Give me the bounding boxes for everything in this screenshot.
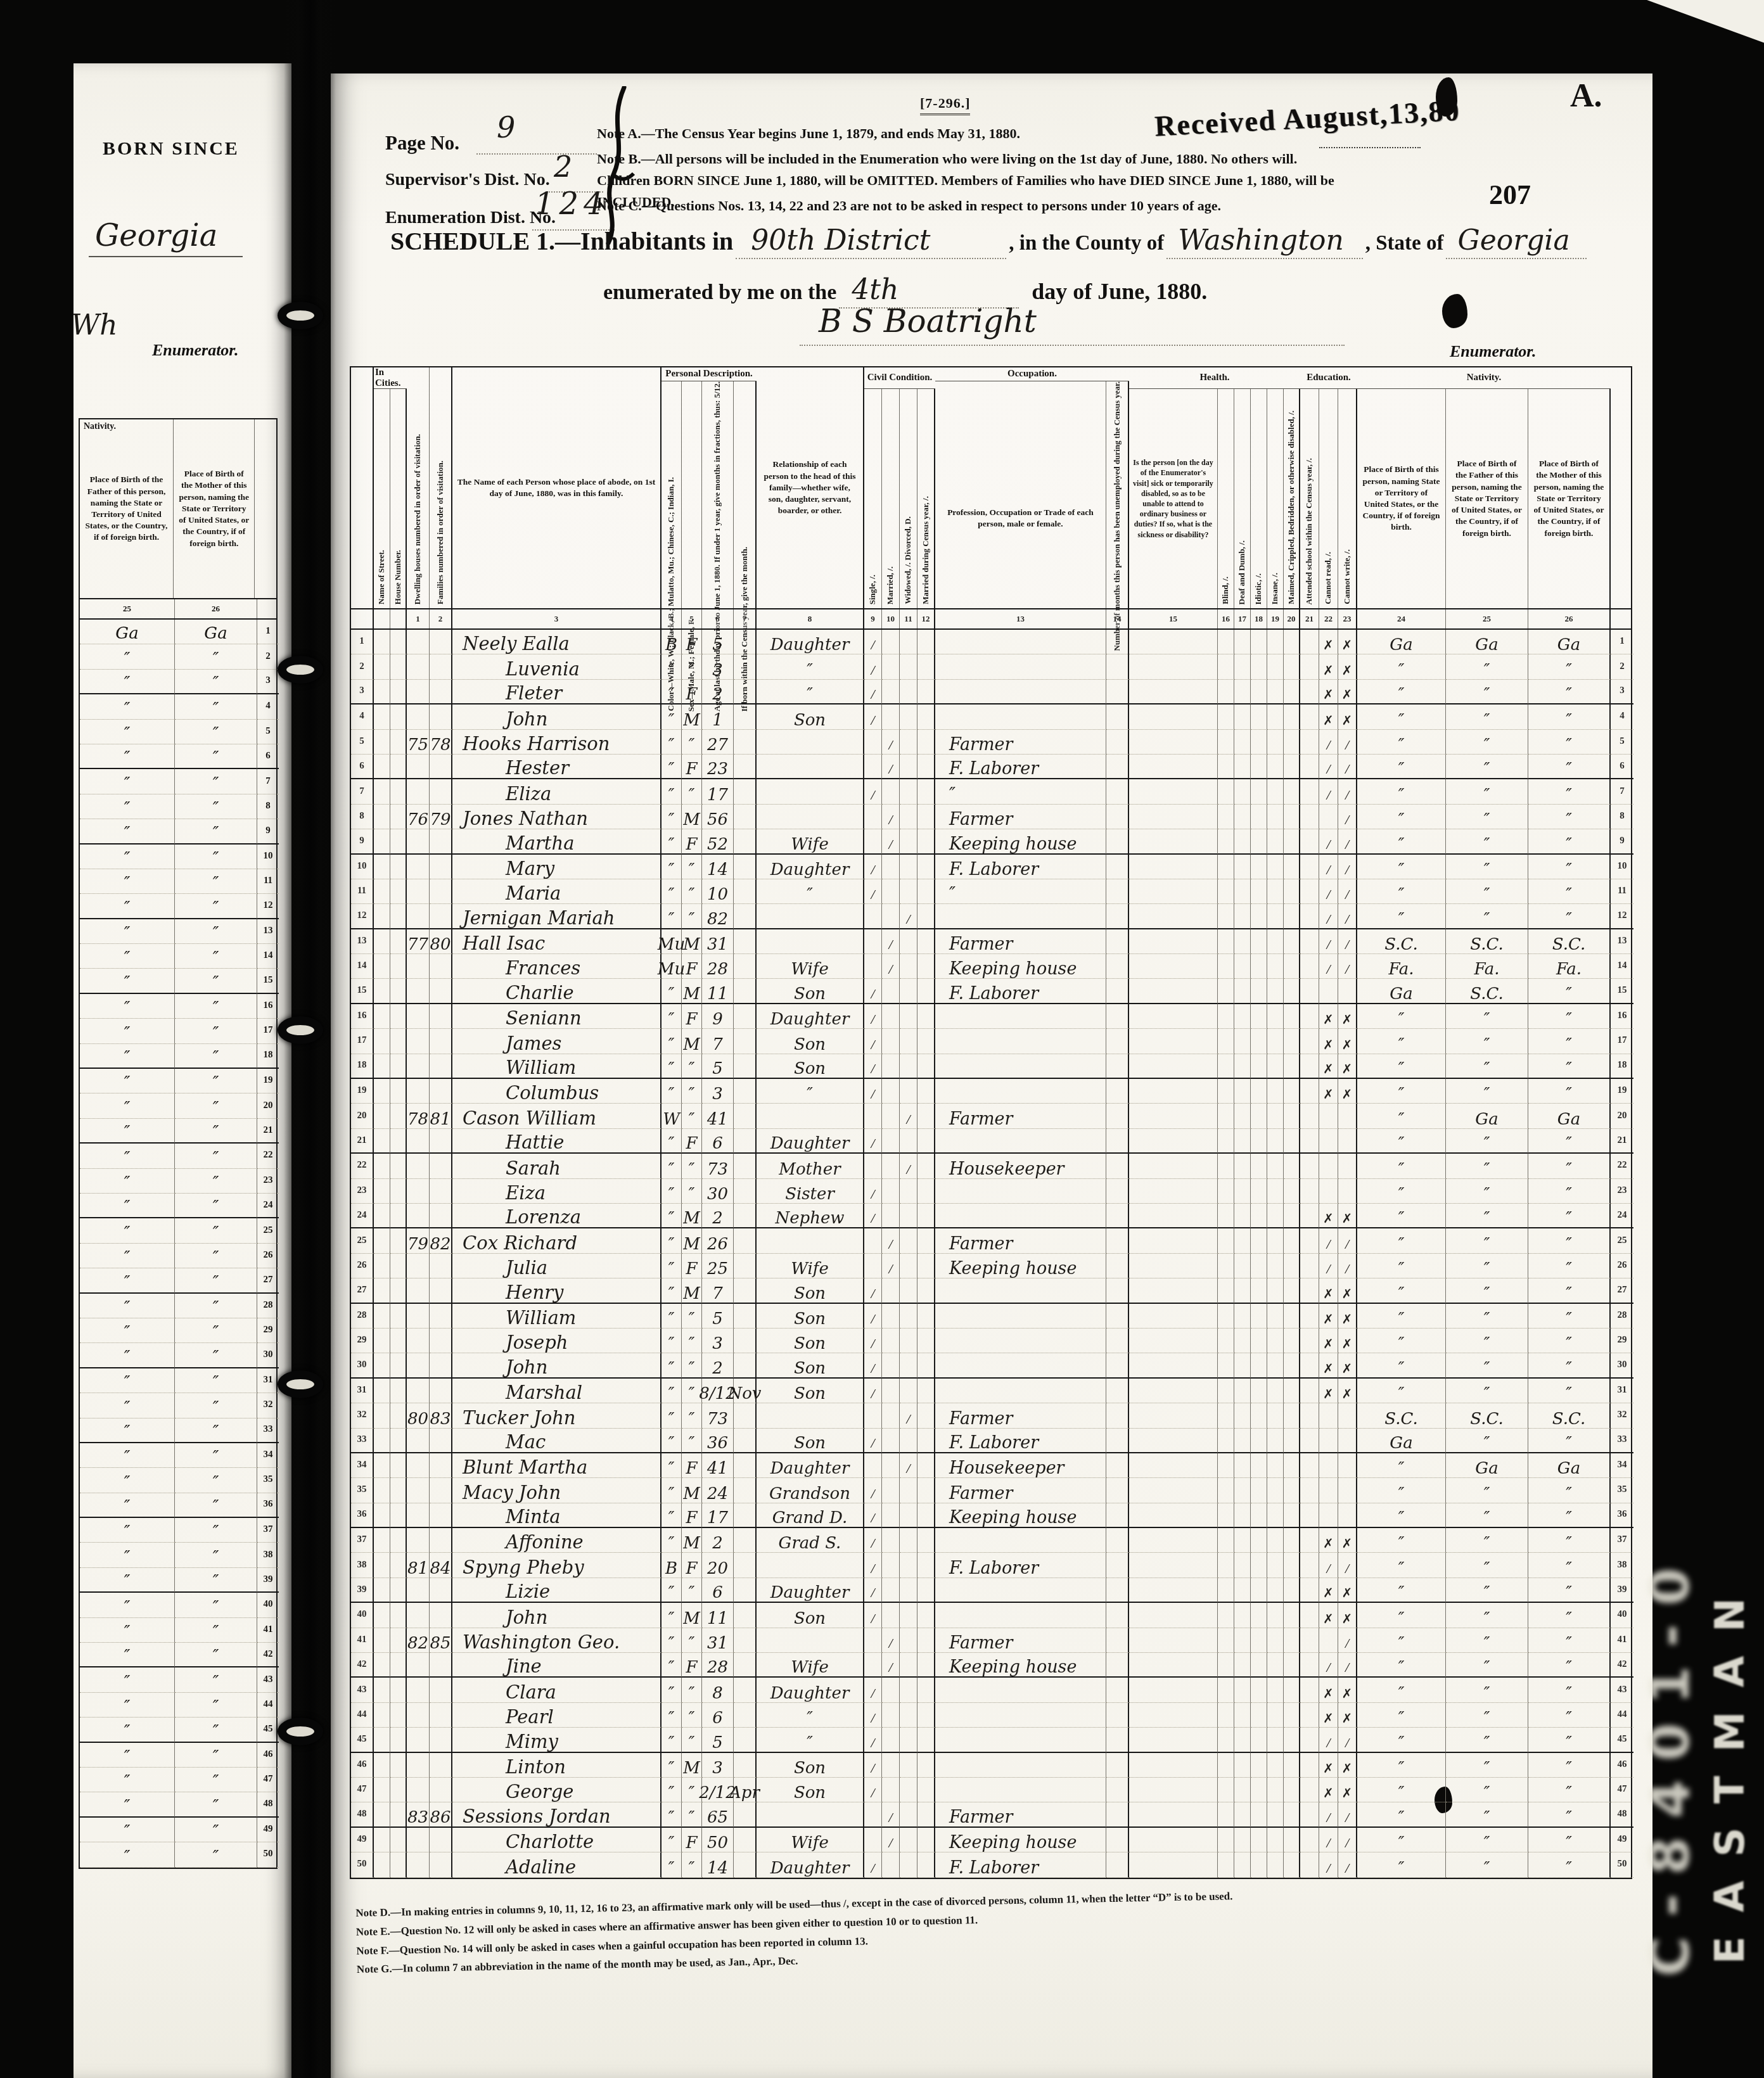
cell-c18 — [1251, 1553, 1267, 1578]
cell-c22: ✗ — [1319, 1778, 1338, 1802]
column-header-c21: Attended school within the Census year, … — [1300, 389, 1319, 608]
cell-mb: ″ — [175, 744, 257, 769]
cell-street — [374, 1004, 390, 1029]
cell-c9 — [864, 1628, 882, 1653]
county-value: Washington — [1166, 224, 1363, 259]
cell-mo — [734, 1079, 757, 1104]
column-header-lnum — [351, 367, 374, 608]
cell-c21 — [1300, 1429, 1319, 1453]
cell-fb: ″ — [80, 644, 175, 669]
cell-mb: ″ — [175, 1443, 257, 1468]
cell-name: Minta — [452, 1503, 661, 1528]
cell-rel: Son — [757, 979, 864, 1004]
cell-c19 — [1267, 829, 1284, 854]
cell-mb: ″ — [175, 1244, 257, 1268]
cell-c23: ✗ — [1338, 1204, 1357, 1228]
cell-street — [374, 1628, 390, 1653]
cell-c16 — [1218, 1278, 1234, 1303]
cell-fb: ″ — [1446, 1852, 1528, 1877]
cell-mb: ″ — [1528, 1653, 1611, 1678]
cell-house — [390, 1329, 407, 1353]
cell-lnum: 21 — [351, 1129, 374, 1154]
cell-name: Eliza — [452, 779, 661, 804]
cell-fb: S.C. — [1446, 979, 1528, 1004]
cell-mb: ″ — [175, 1144, 257, 1168]
cell-c21 — [1300, 1703, 1319, 1728]
cell-house — [390, 1429, 407, 1453]
cell-age: 82 — [702, 904, 734, 929]
enumerated-label: enumerated by me on the — [603, 281, 836, 304]
cell-c23: / — [1338, 879, 1357, 904]
col-number: 11 — [900, 609, 917, 628]
cell-mo — [734, 1329, 757, 1353]
cell-rel: Wife — [757, 1828, 864, 1852]
cell-street — [374, 1778, 390, 1802]
cell-fb: ″ — [80, 744, 175, 769]
cell-c21 — [1300, 1004, 1319, 1029]
cell-color: ″ — [661, 680, 682, 704]
cell-house — [390, 1852, 407, 1877]
column-header-text: Single, /. — [868, 575, 877, 604]
cell-c18 — [1251, 1004, 1267, 1029]
cell-c11 — [900, 1228, 917, 1253]
cell-mb: ″ — [1528, 1778, 1611, 1802]
col-number: 21 — [1300, 609, 1319, 628]
cell-c23: ✗ — [1338, 1753, 1357, 1778]
cell-house — [390, 1054, 407, 1079]
cell-c19 — [1267, 1179, 1284, 1204]
cell-lnum: 42 — [351, 1653, 374, 1678]
cell-pb: ″ — [1357, 1278, 1446, 1303]
cell-color: ″ — [661, 1653, 682, 1678]
cell-mb: ″ — [1528, 1154, 1611, 1178]
cell-mb: ″ — [1528, 1753, 1611, 1778]
cell-fb: ″ — [1446, 1054, 1528, 1079]
cell-c16 — [1218, 1728, 1234, 1752]
cell-occ — [935, 680, 1106, 704]
cell-mb: ″ — [175, 1518, 257, 1543]
cell-pb: ″ — [1357, 1553, 1446, 1578]
cell-mb: ″ — [175, 1718, 257, 1742]
cell-sex: ″ — [682, 1628, 702, 1653]
cell-pb: ″ — [1357, 1478, 1446, 1503]
cell-c18 — [1251, 1578, 1267, 1603]
cell-age: 6 — [702, 1129, 734, 1154]
cell-c18 — [1251, 1753, 1267, 1778]
cell-sick — [1129, 1478, 1218, 1503]
cell-mo — [734, 1628, 757, 1653]
cell-fb: S.C. — [1446, 929, 1528, 954]
cell-c23: ✗ — [1338, 654, 1357, 679]
cell-c22: ✗ — [1319, 654, 1338, 679]
cell-c18 — [1251, 680, 1267, 704]
cell-c12 — [917, 1254, 935, 1278]
cell-c16 — [1218, 1154, 1234, 1178]
cell-mb: Ga — [1528, 630, 1611, 654]
cell-unemp — [1106, 1553, 1129, 1578]
cell-mb: ″ — [1528, 1353, 1611, 1378]
cell-rnum: 41 — [1611, 1628, 1633, 1653]
cell-age: 41 — [702, 1453, 734, 1478]
cell-house — [390, 1503, 407, 1528]
cell-c21 — [1300, 779, 1319, 804]
cell-c11 — [900, 730, 917, 755]
cell-unemp — [1106, 680, 1129, 704]
cell-lnum: 46 — [351, 1753, 374, 1778]
column-header-fb: Place of Birth of the Father of this per… — [1446, 389, 1528, 608]
cell-c10 — [882, 1778, 900, 1802]
cell-street — [374, 654, 390, 679]
cell-mo — [734, 1528, 757, 1553]
cell-c17 — [1234, 1553, 1251, 1578]
cell-c12 — [917, 1353, 935, 1378]
cell-c20 — [1284, 1254, 1300, 1278]
cell-occ: Keeping house — [935, 954, 1106, 979]
cell-name: Jernigan Mariah — [452, 904, 661, 929]
cell-occ: ″ — [935, 779, 1106, 804]
cell-c10 — [882, 1453, 900, 1478]
cell-c12 — [917, 1179, 935, 1204]
cell-c19 — [1267, 1254, 1284, 1278]
cell-c9: / — [864, 1179, 882, 1204]
cell-c17 — [1234, 1653, 1251, 1678]
cell-c20 — [1284, 1304, 1300, 1329]
cell-c22 — [1319, 1403, 1338, 1428]
column-header-text: The Name of each Person whose place of a… — [452, 473, 660, 503]
cell-mo — [734, 929, 757, 954]
cell-dwell: 83 — [407, 1802, 430, 1827]
cell-c11 — [900, 1353, 917, 1378]
col-number — [351, 609, 374, 628]
cell-mb: ″ — [175, 1743, 257, 1768]
cell-rownum: 27 — [257, 1268, 279, 1293]
cell-sick — [1129, 1278, 1218, 1303]
cell-mb: ″ — [1528, 904, 1611, 929]
cell-dwell — [407, 979, 430, 1004]
cell-fb: Ga — [1446, 630, 1528, 654]
cell-c17 — [1234, 1179, 1251, 1204]
cell-fam — [430, 1703, 452, 1728]
cell-unemp — [1106, 704, 1129, 729]
cell-c17 — [1234, 1154, 1251, 1178]
cell-c22: / — [1319, 879, 1338, 904]
cell-mo: Nov — [734, 1379, 757, 1403]
cell-fam — [430, 1379, 452, 1403]
enumerated-line: enumerated by me on the 4th day of June,… — [603, 274, 1207, 306]
cell-name: Neely Ealla — [452, 630, 661, 654]
cell-mo — [734, 680, 757, 704]
cell-dwell: 80 — [407, 1403, 430, 1428]
cell-age: 2 — [702, 680, 734, 704]
cell-fb: ″ — [80, 1318, 175, 1343]
cell-lnum: 47 — [351, 1778, 374, 1802]
cell-lnum: 33 — [351, 1429, 374, 1453]
cell-c21 — [1300, 979, 1319, 1004]
cell-rel: Nephew — [757, 1204, 864, 1228]
cell-c9 — [864, 829, 882, 854]
cell-c21 — [1300, 1678, 1319, 1702]
cell-mo — [734, 855, 757, 879]
cell-c11: / — [900, 1154, 917, 1178]
cell-house — [390, 855, 407, 879]
cell-c11 — [900, 1578, 917, 1603]
cell-color: ″ — [661, 704, 682, 729]
cell-rnum: 31 — [1611, 1379, 1633, 1403]
cell-c19 — [1267, 1104, 1284, 1128]
cell-age: 36 — [702, 1429, 734, 1453]
cell-mb: ″ — [175, 1667, 257, 1692]
cell-mo — [734, 979, 757, 1004]
cell-pb: ″ — [1357, 1528, 1446, 1553]
cell-c18 — [1251, 904, 1267, 929]
cell-color: B — [661, 1553, 682, 1578]
cell-sex: M — [682, 1753, 702, 1778]
cell-mo — [734, 1753, 757, 1778]
cell-house — [390, 1753, 407, 1778]
cell-c19 — [1267, 1154, 1284, 1178]
cell-mb: ″ — [175, 1044, 257, 1069]
cell-c19 — [1267, 704, 1284, 729]
cell-c23: ✗ — [1338, 630, 1357, 654]
cell-c20 — [1284, 1104, 1300, 1128]
cell-c10 — [882, 1852, 900, 1877]
nativity-label-left: Nativity. — [84, 422, 116, 432]
cell-rnum: 46 — [1611, 1753, 1633, 1778]
script-mark: Wh — [71, 309, 118, 341]
cell-mb: ″ — [175, 1218, 257, 1243]
cell-c18 — [1251, 1828, 1267, 1852]
cell-mb: ″ — [1528, 1528, 1611, 1553]
cell-occ: Housekeeper — [935, 1154, 1106, 1178]
cell-c19 — [1267, 1478, 1284, 1503]
cell-mb: ″ — [175, 1019, 257, 1043]
cell-lnum: 43 — [351, 1678, 374, 1702]
cell-fb: ″ — [80, 1244, 175, 1268]
cell-c9: / — [864, 1478, 882, 1503]
cell-c19 — [1267, 1753, 1284, 1778]
cell-mo — [734, 1802, 757, 1827]
cell-c12 — [917, 1852, 935, 1877]
column-header-text: Cannot read, /. — [1324, 552, 1333, 604]
cell-dwell — [407, 1578, 430, 1603]
rule-line — [476, 153, 597, 155]
cell-c22: ✗ — [1319, 1578, 1338, 1603]
cell-sex: M — [682, 979, 702, 1004]
cell-lnum: 35 — [351, 1478, 374, 1503]
enumerator-signature: B S Boatright — [819, 303, 1037, 340]
cell-age: 11 — [702, 979, 734, 1004]
film-edge-text: EASTMAN — [1707, 1077, 1754, 1964]
cell-rel: ″ — [757, 879, 864, 904]
cell-c19 — [1267, 1578, 1284, 1603]
cell-pb: ″ — [1357, 1304, 1446, 1329]
cell-name: Sessions Jordan — [452, 1802, 661, 1827]
cell-c22: / — [1319, 904, 1338, 929]
cell-unemp — [1106, 1578, 1129, 1603]
cell-c22: / — [1319, 730, 1338, 755]
cell-c21 — [1300, 1653, 1319, 1678]
cell-unemp — [1106, 1653, 1129, 1678]
cell-pb: ″ — [1357, 1453, 1446, 1478]
cell-rownum: 16 — [257, 994, 279, 1019]
cell-house — [390, 1228, 407, 1253]
cell-house — [390, 1204, 407, 1228]
cell-rnum: 36 — [1611, 1503, 1633, 1528]
cell-mb: ″ — [175, 919, 257, 944]
cell-c17 — [1234, 1278, 1251, 1303]
cell-c18 — [1251, 1079, 1267, 1104]
cell-fam: 83 — [430, 1403, 452, 1428]
cell-fb: ″ — [80, 1718, 175, 1742]
cell-c19 — [1267, 1004, 1284, 1029]
cell-c9: / — [864, 1528, 882, 1553]
cell-sick — [1129, 1802, 1218, 1827]
cell-fb: ″ — [1446, 1528, 1528, 1553]
cell-mb: ″ — [1528, 1004, 1611, 1029]
cell-mb: ″ — [175, 1543, 257, 1567]
cell-rnum: 2 — [1611, 654, 1633, 679]
cell-house — [390, 1653, 407, 1678]
cell-sex: F — [682, 829, 702, 854]
cell-mo — [734, 1553, 757, 1578]
cell-c23: ✗ — [1338, 1329, 1357, 1353]
cell-fb: ″ — [80, 1343, 175, 1368]
cell-c10 — [882, 1353, 900, 1378]
cell-c10 — [882, 1528, 900, 1553]
cell-c9 — [864, 904, 882, 929]
cell-c22: / — [1319, 929, 1338, 954]
cell-c9 — [864, 805, 882, 829]
cell-rel: Son — [757, 1603, 864, 1628]
cell-fam — [430, 1528, 452, 1553]
cell-c16 — [1218, 1254, 1234, 1278]
cell-rownum: 15 — [257, 969, 279, 993]
cell-c17 — [1234, 1029, 1251, 1054]
cell-fb: S.C. — [1446, 1403, 1528, 1428]
cell-sick — [1129, 1429, 1218, 1453]
cell-color: ″ — [661, 1179, 682, 1204]
cell-c10 — [882, 979, 900, 1004]
cell-pb: ″ — [1357, 1828, 1446, 1852]
cell-dwell — [407, 855, 430, 879]
cell-age: 3 — [702, 654, 734, 679]
cell-pb: ″ — [1357, 755, 1446, 779]
cell-house — [390, 1478, 407, 1503]
column-header-text: Place of Birth of this person, naming St… — [1357, 460, 1445, 537]
cell-dwell — [407, 1753, 430, 1778]
cell-rnum: 21 — [1611, 1129, 1633, 1154]
cell-house — [390, 1353, 407, 1378]
cell-fam — [430, 829, 452, 854]
cell-c21 — [1300, 680, 1319, 704]
cell-c22: / — [1319, 1653, 1338, 1678]
cell-house — [390, 1079, 407, 1104]
cell-fb: ″ — [80, 1218, 175, 1243]
cell-c10 — [882, 1029, 900, 1054]
cell-color: ″ — [661, 1503, 682, 1528]
column-header-text: Blind, /. — [1221, 577, 1230, 604]
col-number: 2 — [430, 609, 452, 628]
cell-fam — [430, 904, 452, 929]
cell-c11 — [900, 829, 917, 854]
cell-rel — [757, 730, 864, 755]
cell-unemp — [1106, 1828, 1129, 1852]
cell-fb: ″ — [1446, 1503, 1528, 1528]
cell-c21 — [1300, 879, 1319, 904]
ink-blob — [1442, 294, 1467, 328]
cell-mo — [734, 1603, 757, 1628]
cell-lnum: 29 — [351, 1329, 374, 1353]
cell-house — [390, 1154, 407, 1178]
cell-c18 — [1251, 829, 1267, 854]
cell-occ: Keeping house — [935, 1254, 1106, 1278]
cell-c16 — [1218, 1054, 1234, 1079]
cell-rel: Grad S. — [757, 1528, 864, 1553]
column-header-text: Attended school within the Census year, … — [1305, 458, 1313, 604]
cell-occ — [935, 1753, 1106, 1778]
column-header-text: Name of Street. — [377, 550, 386, 604]
cell-c20 — [1284, 979, 1300, 1004]
cell-street — [374, 1054, 390, 1079]
cell-age: 14 — [702, 1852, 734, 1877]
cell-c10 — [882, 855, 900, 879]
cell-pb: ″ — [1357, 1379, 1446, 1403]
cell-street — [374, 954, 390, 979]
cell-rel: Son — [757, 1278, 864, 1303]
cell-fb: ″ — [1446, 1278, 1528, 1303]
cell-c18 — [1251, 1304, 1267, 1329]
cell-c18 — [1251, 1179, 1267, 1204]
cell-sick — [1129, 1204, 1218, 1228]
cell-c10 — [882, 904, 900, 929]
cell-rel: Son — [757, 1353, 864, 1378]
cell-pb: ″ — [1357, 1179, 1446, 1204]
cell-c22: ✗ — [1319, 1054, 1338, 1079]
cell-c9: / — [864, 1204, 882, 1228]
cell-rownum: 17 — [257, 1019, 279, 1043]
cell-c11 — [900, 1528, 917, 1553]
cell-c11 — [900, 1753, 917, 1778]
cell-mb: Fa. — [1528, 954, 1611, 979]
cell-c16 — [1218, 1778, 1234, 1802]
cell-c18 — [1251, 855, 1267, 879]
cell-c12 — [917, 630, 935, 654]
cell-c18 — [1251, 1429, 1267, 1453]
cell-rownum: 40 — [257, 1593, 279, 1617]
cell-c19 — [1267, 1329, 1284, 1353]
cell-c22: / — [1319, 1728, 1338, 1752]
cell-c12 — [917, 1079, 935, 1104]
enumerator-label-left: Enumerator. — [152, 341, 239, 360]
cell-fb: ″ — [1446, 1204, 1528, 1228]
page-no-label: Page No. — [385, 132, 459, 155]
group-education: Education.Attended school within the Cen… — [1300, 367, 1357, 608]
cell-c20 — [1284, 654, 1300, 679]
cell-fb: ″ — [80, 1069, 175, 1093]
cell-occ — [935, 630, 1106, 654]
cell-mb: S.C. — [1528, 1403, 1611, 1428]
cell-age: 65 — [702, 1802, 734, 1827]
cell-rnum: 8 — [1611, 805, 1633, 829]
cell-c20 — [1284, 1379, 1300, 1403]
cell-c18 — [1251, 1653, 1267, 1678]
cell-c9: / — [864, 1029, 882, 1054]
cell-c20 — [1284, 1129, 1300, 1154]
cell-c9: / — [864, 1278, 882, 1303]
film-edge-code: C-8401-0 — [1639, 1191, 1702, 1977]
cell-name: John — [452, 1603, 661, 1628]
cell-c21 — [1300, 1329, 1319, 1353]
